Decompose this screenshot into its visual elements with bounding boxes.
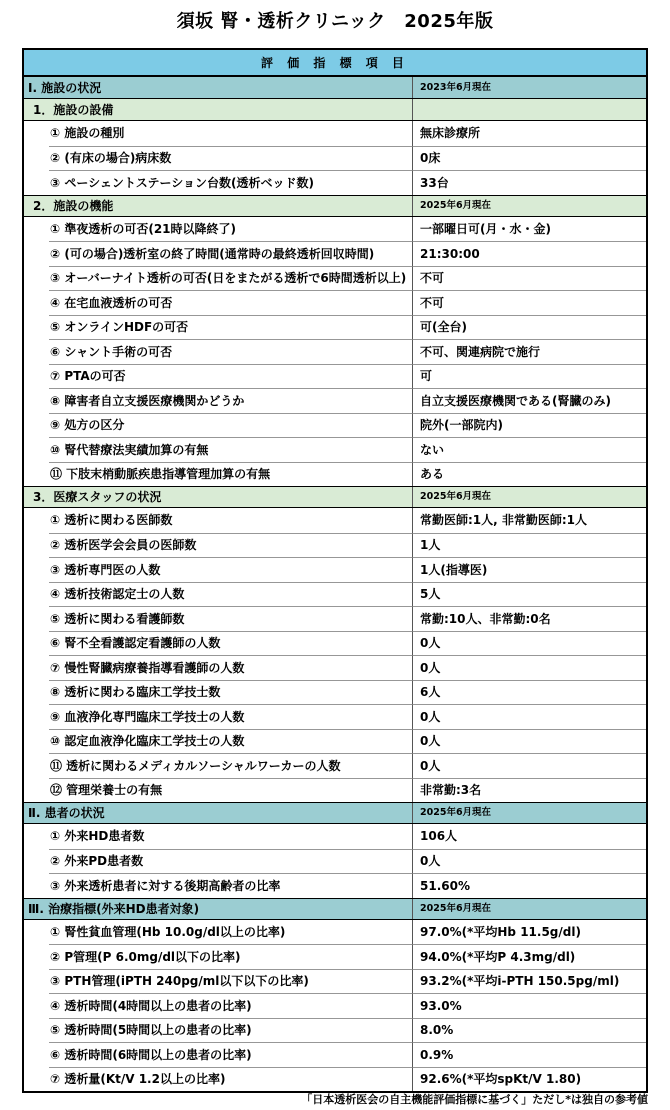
row-label: ⑦ 透析量(Kt/V 1.2以上の比率)	[49, 1067, 412, 1092]
row-label: ② P管理(P 6.0mg/dl以下の比率)	[49, 944, 412, 969]
row-value-text: 0人	[420, 855, 440, 867]
table-row: ⑤ 透析時間(5時間以上の患者の比率)8.0%	[24, 1018, 646, 1043]
row-indent	[24, 729, 49, 754]
row-value-text: 2025年6月現在	[420, 904, 491, 914]
row-value-text: 0.9%	[420, 1049, 453, 1061]
table-row: ④ 在宅血液透析の可否不可	[24, 290, 646, 315]
row-indent	[24, 1018, 49, 1043]
row-label-text: ④ 在宅血液透析の可否	[50, 297, 172, 309]
row-label: ③ オーバーナイト透析の可否(日をまたがる透析で6時間透析以上)	[49, 266, 412, 291]
row-value: 92.6%(*平均spKt/V 1.80)	[412, 1067, 646, 1092]
row-value-text: ない	[420, 444, 444, 456]
row-label: ⑨ 血液浄化専門臨床工学技士の人数	[49, 704, 412, 729]
row-label: Ⅰ. 施設の状況	[24, 77, 412, 98]
row-value: 不可	[412, 266, 646, 291]
row-value: 2025年6月現在	[412, 899, 646, 919]
row-label-text: ③ 透析専門医の人数	[50, 564, 160, 576]
row-label-text: ⑪ 下肢末梢動脈疾患指導管理加算の有無	[50, 468, 270, 480]
subsection-header-row: 2．施設の機能2025年6月現在	[24, 195, 646, 217]
section-header-row: Ⅲ. 治療指標(外来HD患者対象)2025年6月現在	[24, 898, 646, 920]
row-value: 5人	[412, 582, 646, 607]
row-value: 6人	[412, 680, 646, 705]
row-value-text: 可	[420, 370, 432, 382]
row-label: Ⅲ. 治療指標(外来HD患者対象)	[24, 899, 412, 919]
row-indent	[24, 121, 49, 146]
row-label-text: Ⅲ. 治療指標(外来HD患者対象)	[28, 903, 199, 915]
row-label: ① 施設の種別	[49, 121, 412, 146]
table-row: ⑦ PTAの可否可	[24, 364, 646, 389]
row-value-text: 0人	[420, 662, 440, 674]
row-indent	[24, 339, 49, 364]
table-row: ③ 透析専門医の人数1人(指導医)	[24, 557, 646, 582]
row-value-text: 非常勤:3名	[420, 784, 481, 796]
table-row: ② 外来PD患者数0人	[24, 849, 646, 874]
table-row: ① 透析に関わる医師数常勤医師:1人, 非常勤医師:1人	[24, 508, 646, 533]
row-label-text: Ⅱ. 患者の状況	[28, 807, 105, 819]
row-value-text: 21:30:00	[420, 248, 480, 260]
row-value: 106人	[412, 824, 646, 849]
row-value: 0人	[412, 729, 646, 754]
row-value: 0床	[412, 146, 646, 171]
row-value: 0.9%	[412, 1042, 646, 1067]
table-row: ① 準夜透析の可否(21時以降終了)一部曜日可(月・水・金)	[24, 217, 646, 242]
row-value: 0人	[412, 849, 646, 874]
row-label: ④ 在宅血液透析の可否	[49, 290, 412, 315]
row-label: ⑩ 腎代替療法実績加算の有無	[49, 437, 412, 462]
row-value-text: 33台	[420, 177, 449, 189]
table-row: ② 透析医学会会員の医師数1人	[24, 533, 646, 558]
row-indent	[24, 920, 49, 945]
row-value-text: 自立支援医療機関である(腎臓のみ)	[420, 395, 611, 407]
row-value: 0人	[412, 631, 646, 656]
row-label-text: ④ 透析技術認定士の人数	[50, 588, 184, 600]
row-indent	[24, 753, 49, 778]
row-value-text: 常勤:10人、非常勤:0名	[420, 613, 551, 625]
row-value-text: 6人	[420, 686, 440, 698]
table-row: ⑤ 透析に関わる看護師数常勤:10人、非常勤:0名	[24, 606, 646, 631]
row-value-text: 常勤医師:1人, 非常勤医師:1人	[420, 514, 587, 526]
row-value	[412, 99, 646, 120]
table-row: ⑪ 透析に関わるメディカルソーシャルワーカーの人数0人	[24, 753, 646, 778]
row-indent	[24, 241, 49, 266]
row-indent	[24, 993, 49, 1018]
row-indent	[24, 557, 49, 582]
row-indent	[24, 606, 49, 631]
row-label: ③ PTH管理(iPTH 240pg/ml以下以下の比率)	[49, 969, 412, 994]
row-label: ② 外来PD患者数	[49, 849, 412, 874]
row-indent	[24, 969, 49, 994]
row-label: 1．施設の設備	[24, 99, 412, 120]
row-label: ① 腎性貧血管理(Hb 10.0g/dl以上の比率)	[49, 920, 412, 945]
row-value-text: 無床診療所	[420, 127, 480, 139]
row-label-text: ③ オーバーナイト透析の可否(日をまたがる透析で6時間透析以上)	[50, 272, 406, 284]
row-value-text: 106人	[420, 830, 457, 842]
table-row: ① 腎性貧血管理(Hb 10.0g/dl以上の比率)97.0%(*平均Hb 11…	[24, 920, 646, 945]
row-value: 2025年6月現在	[412, 196, 646, 216]
row-value-text: 不可、関連病院で施行	[420, 346, 540, 358]
row-value: 不可	[412, 290, 646, 315]
row-indent	[24, 462, 49, 487]
table-row: ② (可の場合)透析室の終了時間(通常時の最終透析回収時間)21:30:00	[24, 241, 646, 266]
table-row: ⑪ 下肢末梢動脈疾患指導管理加算の有無ある	[24, 462, 646, 487]
table-row: ⑨ 血液浄化専門臨床工学技士の人数0人	[24, 704, 646, 729]
row-value: 93.2%(*平均i-PTH 150.5pg/ml)	[412, 969, 646, 994]
row-label: ③ 外来透析患者に対する後期高齢者の比率	[49, 873, 412, 898]
row-label: ⑤ 透析に関わる看護師数	[49, 606, 412, 631]
row-label-text: ② (可の場合)透析室の終了時間(通常時の最終透析回収時間)	[50, 248, 374, 260]
row-indent	[24, 944, 49, 969]
row-indent	[24, 533, 49, 558]
row-label-text: ③ ペーシェントステーション台数(透析ベッド数)	[50, 177, 314, 189]
row-value-text: 1人(指導医)	[420, 564, 487, 576]
row-value-text: 0床	[420, 152, 440, 164]
row-label-text: ⑫ 管理栄養士の有無	[50, 784, 162, 796]
row-value-text: 5人	[420, 588, 440, 600]
evaluation-table: 評 価 指 標 項 目 Ⅰ. 施設の状況2023年6月現在1．施設の設備① 施設…	[22, 48, 648, 1093]
row-indent	[24, 413, 49, 438]
row-label-text: ① 施設の種別	[50, 127, 124, 139]
row-value: 93.0%	[412, 993, 646, 1018]
row-label-text: 2．施設の機能	[33, 200, 113, 212]
row-value-text: 1人	[420, 539, 440, 551]
row-value: 一部曜日可(月・水・金)	[412, 217, 646, 242]
row-label-text: ② 外来PD患者数	[50, 855, 143, 867]
row-value: 1人(指導医)	[412, 557, 646, 582]
row-value-text: 8.0%	[420, 1024, 453, 1036]
table-row: ⑥ 腎不全看護認定看護師の人数0人	[24, 631, 646, 656]
row-value: 94.0%(*平均P 4.3mg/dl)	[412, 944, 646, 969]
row-value-text: 不可	[420, 297, 444, 309]
table-row: ④ 透析時間(4時間以上の患者の比率)93.0%	[24, 993, 646, 1018]
table-row: ⑩ 認定血液浄化臨床工学技士の人数0人	[24, 729, 646, 754]
row-value-text: 不可	[420, 272, 444, 284]
row-label-text: ⑧ 障害者自立支援医療機関かどうか	[50, 395, 244, 407]
row-label-text: ② 透析医学会会員の医師数	[50, 539, 196, 551]
row-label-text: ③ PTH管理(iPTH 240pg/ml以下以下の比率)	[50, 975, 309, 987]
row-label: ① 透析に関わる医師数	[49, 508, 412, 533]
row-label-text: ⑦ 慢性腎臓病療養指導看護師の人数	[50, 662, 244, 674]
table-row: ⑨ 処方の区分院外(一部院内)	[24, 413, 646, 438]
table-row: ⑦ 透析量(Kt/V 1.2以上の比率)92.6%(*平均spKt/V 1.80…	[24, 1067, 646, 1092]
row-indent	[24, 315, 49, 340]
table-row: ⑥ シャント手術の可否不可、関連病院で施行	[24, 339, 646, 364]
row-indent	[24, 508, 49, 533]
row-value: 無床診療所	[412, 121, 646, 146]
row-value: 常勤:10人、非常勤:0名	[412, 606, 646, 631]
table-row: ⑤ オンラインHDFの可否可(全台)	[24, 315, 646, 340]
subsection-header-row: 3．医療スタッフの状況2025年6月現在	[24, 486, 646, 508]
section-header-row: Ⅰ. 施設の状況2023年6月現在	[24, 77, 646, 99]
row-label-text: ⑩ 腎代替療法実績加算の有無	[50, 444, 208, 456]
row-label: ④ 透析時間(4時間以上の患者の比率)	[49, 993, 412, 1018]
row-value-text: 92.6%(*平均spKt/V 1.80)	[420, 1073, 581, 1085]
table-row: ② P管理(P 6.0mg/dl以下の比率)94.0%(*平均P 4.3mg/d…	[24, 944, 646, 969]
section-header-row: Ⅱ. 患者の状況2025年6月現在	[24, 802, 646, 824]
row-label: ③ ペーシェントステーション台数(透析ベッド数)	[49, 170, 412, 195]
row-label-text: 1．施設の設備	[33, 104, 113, 116]
row-value-text: 0人	[420, 760, 440, 772]
row-label-text: ⑥ 透析時間(6時間以上の患者の比率)	[50, 1049, 252, 1061]
row-indent	[24, 437, 49, 462]
table-row: ⑦ 慢性腎臓病療養指導看護師の人数0人	[24, 655, 646, 680]
row-label-text: ① 透析に関わる医師数	[50, 514, 172, 526]
row-indent	[24, 1042, 49, 1067]
table-row: ① 施設の種別無床診療所	[24, 121, 646, 146]
row-indent	[24, 824, 49, 849]
row-value-text: 94.0%(*平均P 4.3mg/dl)	[420, 951, 575, 963]
table-row: ⑫ 管理栄養士の有無非常勤:3名	[24, 778, 646, 803]
row-value-text: 2025年6月現在	[420, 201, 491, 211]
row-label: ② 透析医学会会員の医師数	[49, 533, 412, 558]
row-value-text: 51.60%	[420, 880, 470, 892]
row-indent	[24, 217, 49, 242]
row-label-text: ⑦ PTAの可否	[50, 370, 126, 382]
row-label-text: ⑤ オンラインHDFの可否	[50, 321, 188, 333]
row-value: 8.0%	[412, 1018, 646, 1043]
row-indent	[24, 873, 49, 898]
table-row: ⑧ 障害者自立支援医療機関かどうか自立支援医療機関である(腎臓のみ)	[24, 388, 646, 413]
row-value: 不可、関連病院で施行	[412, 339, 646, 364]
row-value: 2025年6月現在	[412, 803, 646, 823]
row-label-text: ⑩ 認定血液浄化臨床工学技士の人数	[50, 735, 244, 747]
row-label-text: ⑤ 透析に関わる看護師数	[50, 613, 184, 625]
table-body: Ⅰ. 施設の状況2023年6月現在1．施設の設備① 施設の種別無床診療所② (有…	[24, 77, 646, 1091]
row-value: 97.0%(*平均Hb 11.5g/dl)	[412, 920, 646, 945]
row-label-text: ⑨ 血液浄化専門臨床工学技士の人数	[50, 711, 244, 723]
row-indent	[24, 655, 49, 680]
row-label: ⑪ 下肢末梢動脈疾患指導管理加算の有無	[49, 462, 412, 487]
row-indent	[24, 364, 49, 389]
row-label: ② (有床の場合)病床数	[49, 146, 412, 171]
row-value: 2023年6月現在	[412, 77, 646, 98]
table-header-label: 評 価 指 標 項 目	[261, 57, 409, 69]
row-label-text: ⑥ 腎不全看護認定看護師の人数	[50, 637, 220, 649]
row-label-text: ① 準夜透析の可否(21時以降終了)	[50, 223, 236, 235]
row-indent	[24, 778, 49, 803]
row-label-text: ② P管理(P 6.0mg/dl以下の比率)	[50, 951, 241, 963]
row-value-text: 93.0%	[420, 1000, 462, 1012]
row-label-text: ① 外来HD患者数	[50, 830, 144, 842]
row-label: ⑤ オンラインHDFの可否	[49, 315, 412, 340]
row-value: ある	[412, 462, 646, 487]
table-row: ④ 透析技術認定士の人数5人	[24, 582, 646, 607]
row-value: 自立支援医療機関である(腎臓のみ)	[412, 388, 646, 413]
row-label: ① 準夜透析の可否(21時以降終了)	[49, 217, 412, 242]
row-value: ない	[412, 437, 646, 462]
row-label-text: Ⅰ. 施設の状況	[28, 82, 101, 94]
row-indent	[24, 388, 49, 413]
row-value-text: 院外(一部院内)	[420, 419, 503, 431]
row-indent	[24, 290, 49, 315]
row-value-text: 97.0%(*平均Hb 11.5g/dl)	[420, 926, 581, 938]
table-row: ③ 外来透析患者に対する後期高齢者の比率51.60%	[24, 873, 646, 898]
row-indent	[24, 1067, 49, 1092]
row-indent	[24, 704, 49, 729]
table-header: 評 価 指 標 項 目	[24, 50, 646, 77]
row-label: ⑫ 管理栄養士の有無	[49, 778, 412, 803]
table-row: ③ オーバーナイト透析の可否(日をまたがる透析で6時間透析以上)不可	[24, 266, 646, 291]
row-label: ⑥ 透析時間(6時間以上の患者の比率)	[49, 1042, 412, 1067]
row-label: ⑧ 障害者自立支援医療機関かどうか	[49, 388, 412, 413]
table-row: ③ ペーシェントステーション台数(透析ベッド数)33台	[24, 170, 646, 195]
row-value: 可	[412, 364, 646, 389]
row-value: 21:30:00	[412, 241, 646, 266]
row-label: ⑥ シャント手術の可否	[49, 339, 412, 364]
row-label-text: ④ 透析時間(4時間以上の患者の比率)	[50, 1000, 252, 1012]
table-row: ⑥ 透析時間(6時間以上の患者の比率)0.9%	[24, 1042, 646, 1067]
row-label: ② (可の場合)透析室の終了時間(通常時の最終透析回収時間)	[49, 241, 412, 266]
subsection-header-row: 1．施設の設備	[24, 99, 646, 121]
row-value-text: 0人	[420, 735, 440, 747]
row-label: ⑤ 透析時間(5時間以上の患者の比率)	[49, 1018, 412, 1043]
row-value-text: 93.2%(*平均i-PTH 150.5pg/ml)	[420, 975, 619, 987]
row-value-text: 0人	[420, 637, 440, 649]
row-label: ③ 透析専門医の人数	[49, 557, 412, 582]
row-label: Ⅱ. 患者の状況	[24, 803, 412, 823]
row-label: ⑩ 認定血液浄化臨床工学技士の人数	[49, 729, 412, 754]
table-row: ⑩ 腎代替療法実績加算の有無ない	[24, 437, 646, 462]
row-value-text: 可(全台)	[420, 321, 467, 333]
row-label: ⑥ 腎不全看護認定看護師の人数	[49, 631, 412, 656]
row-value: 非常勤:3名	[412, 778, 646, 803]
table-row: ① 外来HD患者数106人	[24, 824, 646, 849]
row-indent	[24, 582, 49, 607]
row-label-text: ⑥ シャント手術の可否	[50, 346, 172, 358]
row-label-text: ⑤ 透析時間(5時間以上の患者の比率)	[50, 1024, 252, 1036]
footnote: 「日本透析医会の自主機能評価指標に基づく」ただし*は独自の参考値	[301, 1091, 648, 1107]
row-label: ④ 透析技術認定士の人数	[49, 582, 412, 607]
row-label: 2．施設の機能	[24, 196, 412, 216]
row-value: 院外(一部院内)	[412, 413, 646, 438]
row-value: 可(全台)	[412, 315, 646, 340]
row-label: ⑧ 透析に関わる臨床工学技士数	[49, 680, 412, 705]
row-label: ① 外来HD患者数	[49, 824, 412, 849]
row-label: ⑨ 処方の区分	[49, 413, 412, 438]
row-value-text: 一部曜日可(月・水・金)	[420, 223, 551, 235]
row-value: 常勤医師:1人, 非常勤医師:1人	[412, 508, 646, 533]
table-row: ③ PTH管理(iPTH 240pg/ml以下以下の比率)93.2%(*平均i-…	[24, 969, 646, 994]
row-value: 0人	[412, 753, 646, 778]
row-indent	[24, 680, 49, 705]
row-value: 33台	[412, 170, 646, 195]
row-indent	[24, 146, 49, 171]
row-value-text: 2023年6月現在	[420, 83, 491, 93]
row-value-text: 2025年6月現在	[420, 492, 491, 502]
row-value-text: ある	[420, 468, 444, 480]
row-value: 51.60%	[412, 873, 646, 898]
row-label: 3．医療スタッフの状況	[24, 487, 412, 507]
row-label-text: ⑦ 透析量(Kt/V 1.2以上の比率)	[50, 1073, 225, 1085]
row-indent	[24, 170, 49, 195]
row-label: ⑦ 慢性腎臓病療養指導看護師の人数	[49, 655, 412, 680]
row-value: 0人	[412, 655, 646, 680]
row-indent	[24, 849, 49, 874]
row-label-text: ③ 外来透析患者に対する後期高齢者の比率	[50, 880, 280, 892]
row-indent	[24, 266, 49, 291]
row-value-text: 2025年6月現在	[420, 808, 491, 818]
row-value-text: 0人	[420, 711, 440, 723]
row-label-text: 3．医療スタッフの状況	[33, 491, 161, 503]
row-indent	[24, 631, 49, 656]
row-label-text: ⑨ 処方の区分	[50, 419, 124, 431]
row-value: 1人	[412, 533, 646, 558]
row-label-text: ⑧ 透析に関わる臨床工学技士数	[50, 686, 220, 698]
row-label-text: ① 腎性貧血管理(Hb 10.0g/dl以上の比率)	[50, 926, 285, 938]
row-label: ⑦ PTAの可否	[49, 364, 412, 389]
row-label-text: ② (有床の場合)病床数	[50, 152, 171, 164]
row-value: 2025年6月現在	[412, 487, 646, 507]
page-title: 須坂 腎・透析クリニック 2025年版	[0, 7, 670, 33]
table-row: ⑧ 透析に関わる臨床工学技士数6人	[24, 680, 646, 705]
row-label: ⑪ 透析に関わるメディカルソーシャルワーカーの人数	[49, 753, 412, 778]
row-label-text: ⑪ 透析に関わるメディカルソーシャルワーカーの人数	[50, 760, 341, 772]
table-row: ② (有床の場合)病床数0床	[24, 146, 646, 171]
row-value: 0人	[412, 704, 646, 729]
